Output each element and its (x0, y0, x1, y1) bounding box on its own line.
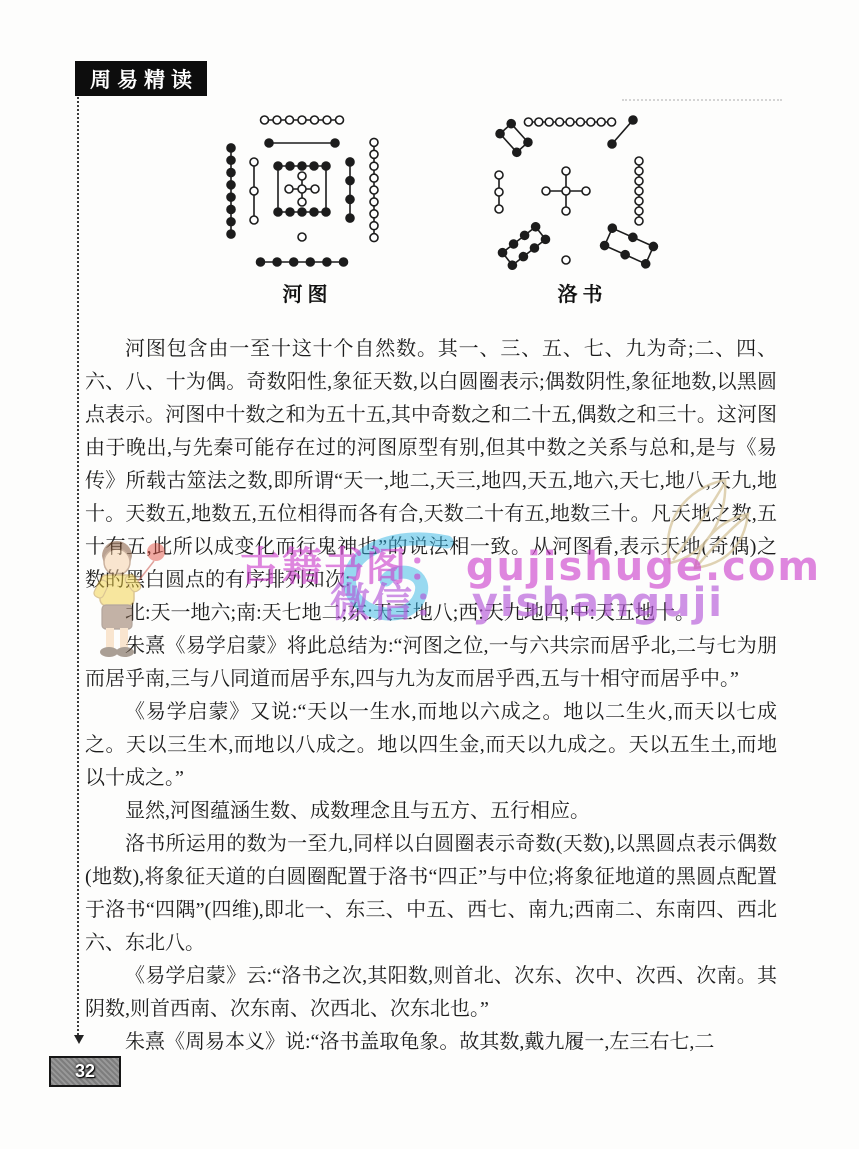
north-inner-1-white (298, 233, 306, 241)
east-outer-8-black (227, 144, 235, 238)
book-page: 周易精读 河图 洛书 河图包含由一至十这十个自然数。其一、三、五、七、九为奇;二… (0, 0, 859, 1149)
center-5-white (542, 167, 590, 215)
chapter-header-label: 周易精读 (84, 64, 198, 94)
luoshu-figure: 洛书 (484, 110, 676, 307)
west-inner-4-black (346, 158, 354, 222)
luoshu-diagram (484, 110, 674, 272)
paragraph: 《易学启蒙》云:“洛书之次,其阳数,则首北、次东、次中、次西、次南。其阴数,则首… (85, 960, 777, 1026)
east-inner-3-white (250, 158, 258, 224)
arrow-down-icon (74, 1035, 84, 1044)
left-3-white (495, 171, 503, 213)
luoshu-label: 洛书 (484, 278, 676, 307)
paragraph: 河图包含由一至十这十个自然数。其一、三、五、七、九为奇;二、四、六、八、十为偶。… (85, 333, 777, 597)
corner-bottomright-6-black (599, 223, 658, 269)
south-inner-2-black (265, 139, 339, 147)
hetu-figure: 河图 (224, 112, 386, 307)
margin-dotted-line (77, 97, 79, 1035)
top-9-white (524, 118, 615, 126)
paragraph: 洛书所运用的数为一至九,同样以白圆圈表示奇数(天数),以黑圆点表示偶数(地数),… (85, 828, 777, 960)
west-outer-9-white (370, 138, 378, 241)
corner-bottomleft-8-black (497, 221, 551, 271)
right-7-white (635, 157, 643, 225)
scan-noise-speckle (622, 99, 782, 101)
paragraph: 《易学启蒙》又说:“天以一生水,而地以六成之。地以二生火,而天以七成之。天以三生… (85, 696, 777, 795)
paragraph: 朱熹《易学启蒙》将此总结为:“河图之位,一与六共宗而居乎北,二与七为朋而居乎南,… (85, 630, 777, 696)
body-text: 河图包含由一至十这十个自然数。其一、三、五、七、九为奇;二、四、六、八、十为偶。… (85, 333, 777, 1059)
hetu-diagram (224, 112, 386, 272)
paragraph: 朱熹《周易本义》说:“洛书盖取龟象。故其数,戴九履一,左三右七,二 (85, 1026, 777, 1059)
center-5-white (285, 172, 319, 206)
paragraph: 显然,河图蕴涵生数、成数理念且与五方、五行相应。 (85, 795, 777, 828)
bottom-1-white (562, 256, 570, 264)
page-number: 32 (75, 1061, 95, 1082)
north-outer-6-black (257, 258, 348, 266)
hetu-label: 河图 (224, 278, 386, 307)
page-number-badge: 32 (49, 1056, 121, 1087)
chapter-header: 周易精读 (75, 61, 207, 96)
paragraph: 北:天一地六;南:天七地二;东:天三地八;西:天九地四;中:天五地十。 (85, 597, 777, 630)
south-outer-7-white (261, 116, 344, 124)
